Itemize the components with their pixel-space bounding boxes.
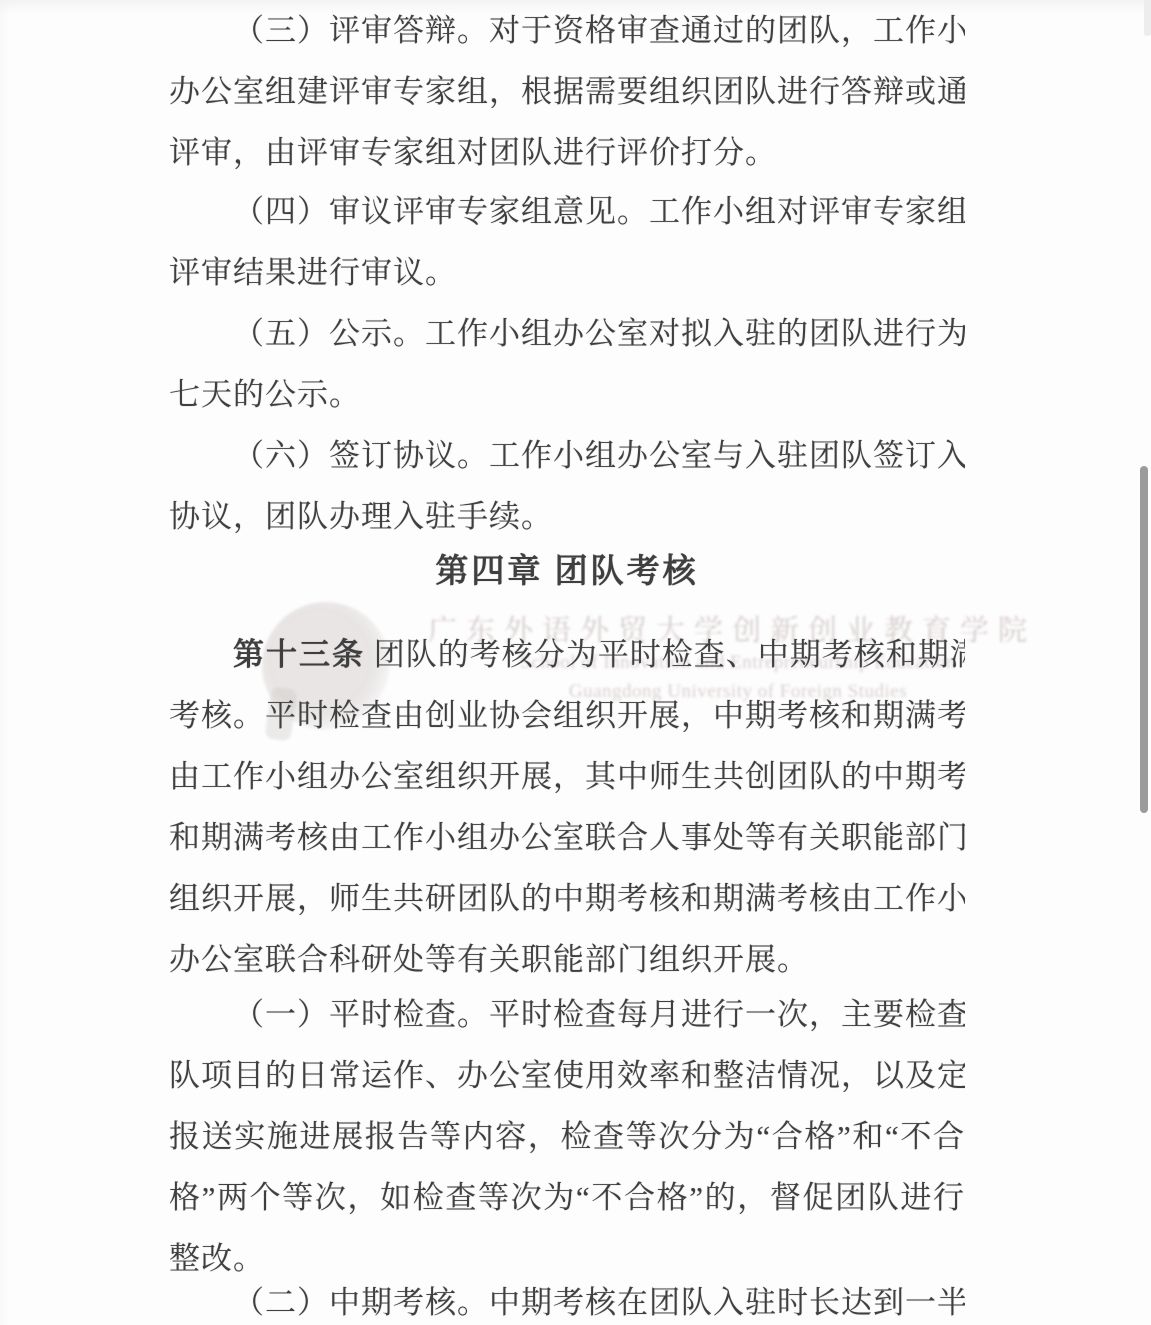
scrollbar-track-top[interactable]: [1144, 0, 1151, 36]
text-line: （二）中期考核。中期考核在团队入驻时长达到一半时: [169, 1272, 965, 1325]
text-line: （三）评审答辩。对于资格审查通过的团队，工作小组: [169, 0, 965, 61]
text-line: 和期满考核由工作小组办公室联合人事处等有关职能部门: [169, 807, 965, 868]
text-line: 第十三条 团队的考核分为平时检查、中期考核和期满: [169, 624, 965, 685]
text-line: （六）签订协议。工作小组办公室与入驻团队签订入驻: [169, 425, 965, 486]
text-line: 格”两个等次，如检查等次为“不合格”的，督促团队进行: [169, 1167, 965, 1228]
text-line: 第四章 团队考核: [169, 544, 965, 600]
paragraph: （一）平时检查。平时检查每月进行一次，主要检查团队项目的日常运作、办公室使用效率…: [169, 984, 965, 1289]
text-line: 评审，由评审专家组对团队进行评价打分。: [169, 122, 965, 183]
text-line: 协议，团队办理入驻手续。: [169, 486, 965, 547]
article-number: 第十三条: [233, 637, 365, 672]
text-line: 队项目的日常运作、办公室使用效率和整洁情况，以及定期: [169, 1045, 965, 1106]
text-line: 由工作小组办公室组织开展，其中师生共创团队的中期考核: [169, 746, 965, 807]
text-line: （五）公示。工作小组办公室对拟入驻的团队进行为期: [169, 303, 965, 364]
document-page: 广东外语外贸大学创新创业教育学院 School of Innovation an…: [0, 0, 1151, 1325]
text-line: 报送实施进展报告等内容，检查等次分为“合格”和“不合: [169, 1106, 965, 1167]
paragraph: 第十三条 团队的考核分为平时检查、中期考核和期满考核。平时检查由创业协会组织开展…: [169, 624, 965, 990]
text-line: （一）平时检查。平时检查每月进行一次，主要检查团: [169, 984, 965, 1045]
paragraph: （四）审议评审专家组意见。工作小组对评审专家组的评审结果进行审议。: [169, 181, 965, 303]
text-line: 办公室组建评审专家组，根据需要组织团队进行答辩或通讯: [169, 61, 965, 122]
text-line: 办公室联合科研处等有关职能部门组织开展。: [169, 929, 965, 990]
chapter-heading: 第四章 团队考核: [169, 544, 965, 600]
text-column: （三）评审答辩。对于资格审查通过的团队，工作小组办公室组建评审专家组，根据需要组…: [169, 0, 965, 1325]
scrollbar-thumb[interactable]: [1140, 466, 1148, 813]
paragraph: （二）中期考核。中期考核在团队入驻时长达到一半时: [169, 1272, 965, 1325]
paragraph: （五）公示。工作小组办公室对拟入驻的团队进行为期七天的公示。: [169, 303, 965, 425]
text-line: 组织开展，师生共研团队的中期考核和期满考核由工作小组: [169, 868, 965, 929]
text-line: （四）审议评审专家组意见。工作小组对评审专家组的: [169, 181, 965, 242]
text-line: 评审结果进行审议。: [169, 242, 965, 303]
paragraph: （三）评审答辩。对于资格审查通过的团队，工作小组办公室组建评审专家组，根据需要组…: [169, 0, 965, 183]
text-line: 考核。平时检查由创业协会组织开展，中期考核和期满考核: [169, 685, 965, 746]
paragraph: （六）签订协议。工作小组办公室与入驻团队签订入驻协议，团队办理入驻手续。: [169, 425, 965, 547]
text-line: 七天的公示。: [169, 364, 965, 425]
